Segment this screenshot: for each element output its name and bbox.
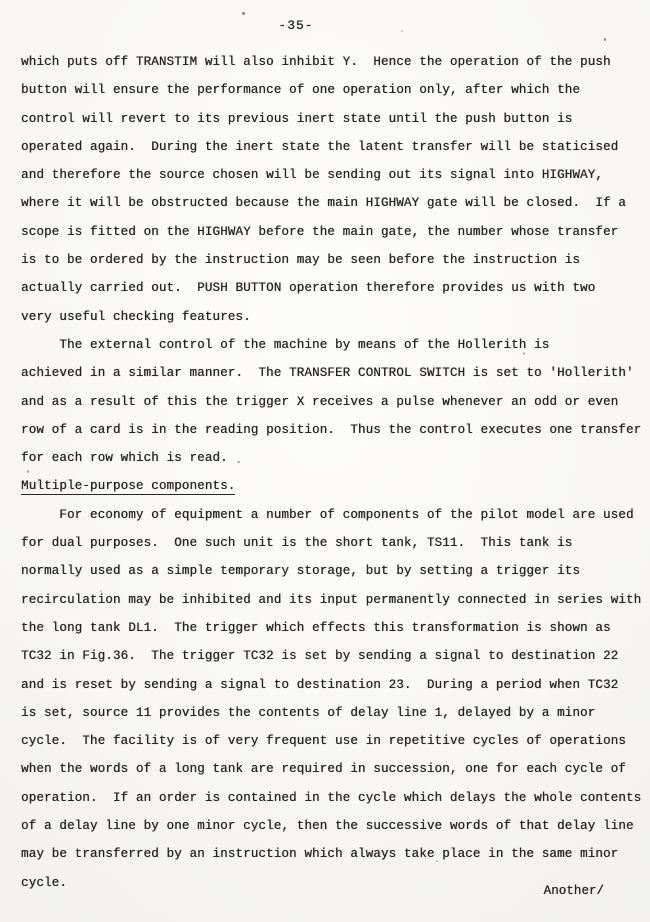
text-line: is set, source 11 provides the contents … — [21, 699, 638, 727]
text-line: row of a card is in the reading position… — [21, 416, 638, 444]
text-line: operated again. During the inert state t… — [21, 133, 638, 161]
text-line: for dual purposes. One such unit is the … — [21, 529, 638, 557]
text-line: recirculation may be inhibited and its i… — [21, 586, 638, 614]
text-line: normally used as a simple temporary stor… — [21, 557, 638, 585]
text-line: operation. If an order is contained in t… — [21, 784, 638, 812]
text-line: control will revert to its previous iner… — [21, 105, 638, 133]
text-line: may be transferred by an instruction whi… — [21, 840, 638, 868]
text-line: and therefore the source chosen will be … — [21, 161, 638, 189]
scan-speck — [242, 12, 245, 15]
document-body: which puts off TRANSTIM will also inhibi… — [21, 48, 638, 897]
text-line: when the words of a long tank are requir… — [21, 755, 638, 783]
scan-speck — [401, 30, 403, 32]
scan-speck — [27, 470, 29, 473]
text-line: button will ensure the performance of on… — [21, 76, 638, 104]
scan-speck — [436, 860, 438, 862]
text-line: TC32 in Fig.36. The trigger TC32 is set … — [21, 642, 638, 670]
scan-speck — [100, 590, 102, 592]
text-line: achieved in a similar manner. The TRANSF… — [21, 359, 638, 387]
page-number: -35- — [0, 18, 592, 33]
section-heading: Multiple-purpose components. — [21, 472, 638, 500]
text-line: and as a result of this the trigger X re… — [21, 388, 638, 416]
document-page: -35- which puts off TRANSTIM will also i… — [0, 0, 650, 922]
text-line: and is reset by sending a signal to dest… — [21, 671, 638, 699]
text-line: which puts off TRANSTIM will also inhibi… — [21, 48, 638, 76]
scan-speck — [237, 461, 240, 463]
section-heading-text: Multiple-purpose components. — [21, 479, 235, 495]
text-line: For economy of equipment a number of com… — [21, 501, 638, 529]
text-line: cycle. The facility is of very frequent … — [21, 727, 638, 755]
text-line: very useful checking features. — [21, 303, 638, 331]
text-line: for each row which is read. — [21, 444, 638, 472]
text-line: where it will be obstructed because the … — [21, 189, 638, 217]
text-line: The external control of the machine by m… — [21, 331, 638, 359]
text-line: is to be ordered by the instruction may … — [21, 246, 638, 274]
text-line: actually carried out. PUSH BUTTON operat… — [21, 274, 638, 302]
text-line: of a delay line by one minor cycle, then… — [21, 812, 638, 840]
scan-speck — [604, 38, 606, 41]
text-line: scope is fitted on the HIGHWAY before th… — [21, 218, 638, 246]
text-line: the long tank DL1. The trigger which eff… — [21, 614, 638, 642]
scan-speck — [523, 352, 525, 355]
catchword: Another/ — [544, 884, 604, 898]
